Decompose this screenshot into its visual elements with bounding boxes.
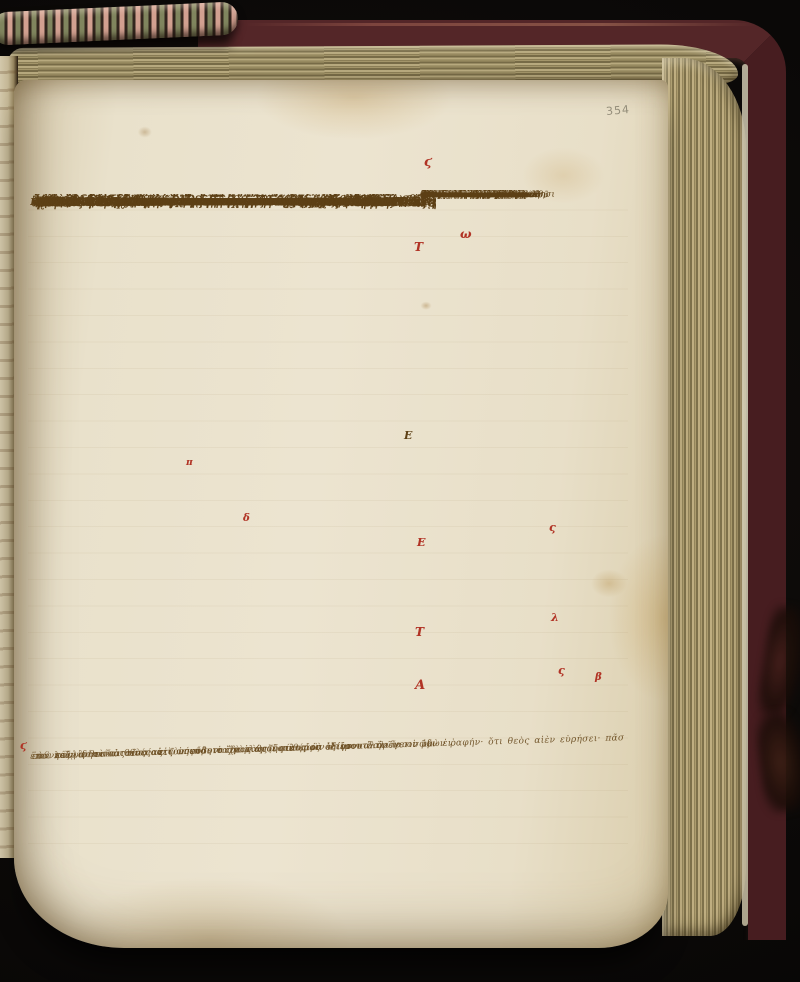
main-text-column: καὶ μέν μοι ὤμοσας· ἐκ θεόθεν τὰ πατρὸς … <box>30 194 436 760</box>
scholia-line: αθλ ασι:— <box>425 190 474 203</box>
manuscript-page: 354 καὶ μέν μοι ὤμοσας· ἐκ θεόθεν τὰ πατ… <box>14 80 668 948</box>
scholia-column: ὦ τί χε τὴν πρὸς σὲ δν Χλιὼ τα ἔ πρὸς σὲ… <box>420 190 620 790</box>
manuscript-photograph: 354 καὶ μέν μοι ὤμοσας· ἐκ θεόθεν τὰ πατ… <box>0 0 800 982</box>
verse-line: κῶ δὲ ἀληθείη δύμοι· καὶ ὀρέξασθαι· οὐ π… <box>43 194 414 221</box>
cover-edge-highlight <box>244 23 756 26</box>
page-number: 354 <box>605 103 630 118</box>
page-edges-fore-edge <box>662 58 746 936</box>
fore-edge-gap-line <box>742 64 748 926</box>
